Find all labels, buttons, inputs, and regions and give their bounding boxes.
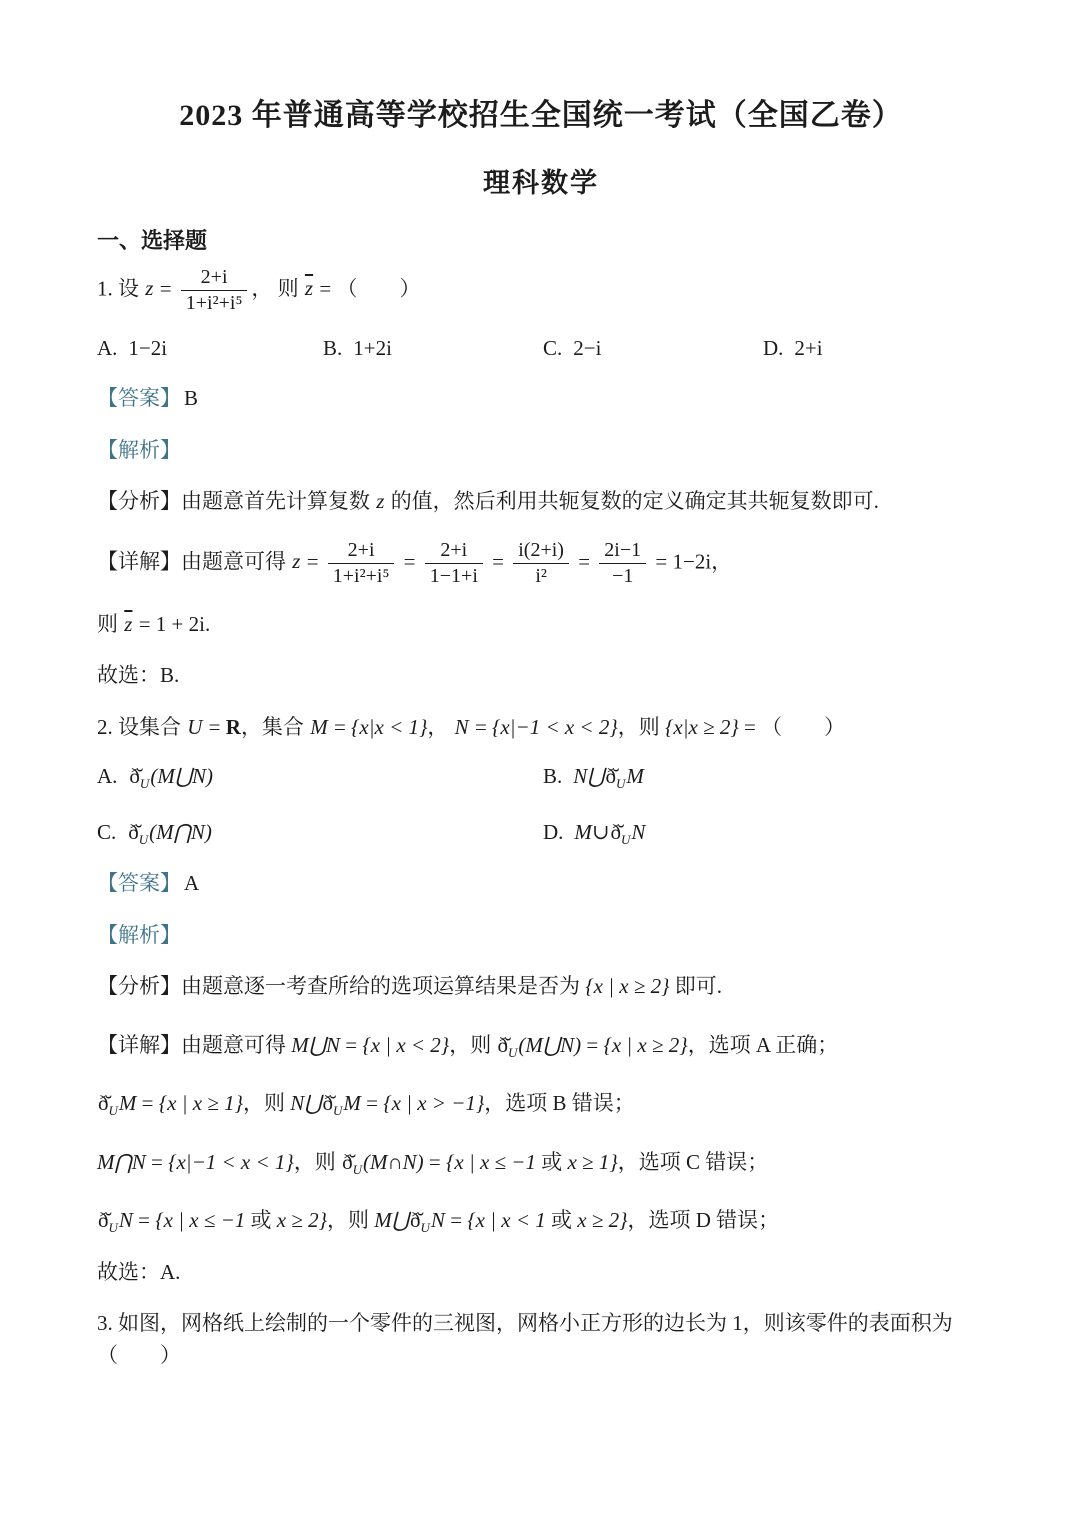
q2-option-c: C.ð̆U(M⋂N) [97, 817, 543, 849]
q1-option-d: D.2+i [763, 334, 985, 363]
q2-jiexi-line: 【解析】 [97, 920, 985, 952]
exam-page: 2023 年普通高等学校招生全国统一考试（全国乙卷） 理科数学 一、选择题 1.… [0, 0, 1080, 1371]
q2-option-d-key: D. [543, 820, 563, 844]
answer-tag: 【答案】 [97, 386, 181, 410]
q2-detail-line-2: ð̆UM = {x | x ≥ 1}，则 N⋃ð̆UM = {x | x > −… [97, 1088, 985, 1120]
q2-option-b-key: B. [543, 764, 562, 788]
q1-option-b-key: B. [323, 336, 342, 360]
q2-detail-line-1: 【详解】由题意可得 M⋃N = {x | x < 2}，则 ð̆U(M⋃N) =… [97, 1030, 985, 1062]
q1-option-d-key: D. [763, 336, 783, 360]
question-1-stem: 1. 设 z = 2+i1+i²+i⁵， 则 z = （ ） [97, 265, 985, 316]
q1-option-a: A.1−2i [97, 334, 323, 363]
q1-detail-line: 【详解】由题意可得 z = 2+i1+i²+i⁵ = 2+i1−1+i = i(… [97, 538, 985, 589]
q2-answer-value: A [184, 871, 199, 895]
q2-detail-line-3: M⋂N = {x|−1 < x < 1}，则 ð̆U(M∩N) = {x | x… [97, 1147, 985, 1179]
q2-option-a: A.ð̆U(M⋃N) [97, 761, 543, 793]
q2-option-d-text: M∪ð̆UN [574, 820, 645, 844]
jiexi-tag: 【解析】 [97, 923, 181, 947]
q2-option-c-text: ð̆U(M⋂N) [127, 820, 212, 844]
q2-option-b-text: N⋃ð̆UM [573, 764, 644, 788]
answer-tag: 【答案】 [97, 871, 181, 895]
q2-option-d: D.M∪ð̆UN [543, 817, 985, 849]
section-heading: 一、选择题 [97, 224, 985, 255]
q1-option-c: C.2−i [543, 334, 763, 363]
exam-subtitle: 理科数学 [97, 161, 985, 200]
q1-option-a-text: 1−2i [128, 336, 167, 360]
q1-answer-line: 【答案】B [97, 383, 985, 415]
question-2-stem: 2. 设集合 U = R，集合 M = {x|x < 1}， N = {x|−1… [97, 712, 985, 744]
question-2-options: A.ð̆U(M⋃N) B.N⋃ð̆UM C.ð̆U(M⋂N) D.M∪ð̆UN [97, 761, 985, 848]
exam-title: 2023 年普通高等学校招生全国统一考试（全国乙卷） [97, 90, 985, 134]
q2-answer-line: 【答案】A [97, 868, 985, 900]
q1-option-c-key: C. [543, 336, 562, 360]
q1-then-line: 则 z = 1 + 2i. [97, 609, 985, 641]
q2-option-c-key: C. [97, 820, 116, 844]
q1-option-a-key: A. [97, 336, 117, 360]
q1-analysis-line: 【分析】由题意首先计算复数 z 的值，然后利用共轭复数的定义确定其共轭复数即可. [97, 486, 985, 518]
question-1-options: A.1−2i B.1+2i C.2−i D.2+i [97, 334, 985, 363]
q1-jiexi-line: 【解析】 [97, 435, 985, 467]
q1-option-c-text: 2−i [573, 336, 601, 360]
question-3-stem: 3. 如图，网格纸上绘制的一个零件的三视图，网格小正方形的边长为 1，则该零件的… [97, 1308, 985, 1371]
q1-answer-value: B [184, 386, 198, 410]
q2-analysis-line: 【分析】由题意逐一考查所给的选项运算结果是否为 {x | x ≥ 2} 即可. [97, 971, 985, 1003]
q1-conclusion: 故选：B. [97, 660, 985, 692]
q2-option-b: B.N⋃ð̆UM [543, 761, 985, 793]
q2-option-a-key: A. [97, 764, 117, 788]
q1-option-b: B.1+2i [323, 334, 543, 363]
q2-option-a-text: ð̆U(M⋃N) [128, 764, 213, 788]
q1-option-d-text: 2+i [794, 336, 822, 360]
q2-detail-line-4: ð̆UN = {x | x ≤ −1 或 x ≥ 2}，则 M⋃ð̆UN = {… [97, 1205, 985, 1237]
jiexi-tag: 【解析】 [97, 438, 181, 462]
q1-option-b-text: 1+2i [353, 336, 392, 360]
q2-conclusion: 故选：A. [97, 1257, 985, 1289]
